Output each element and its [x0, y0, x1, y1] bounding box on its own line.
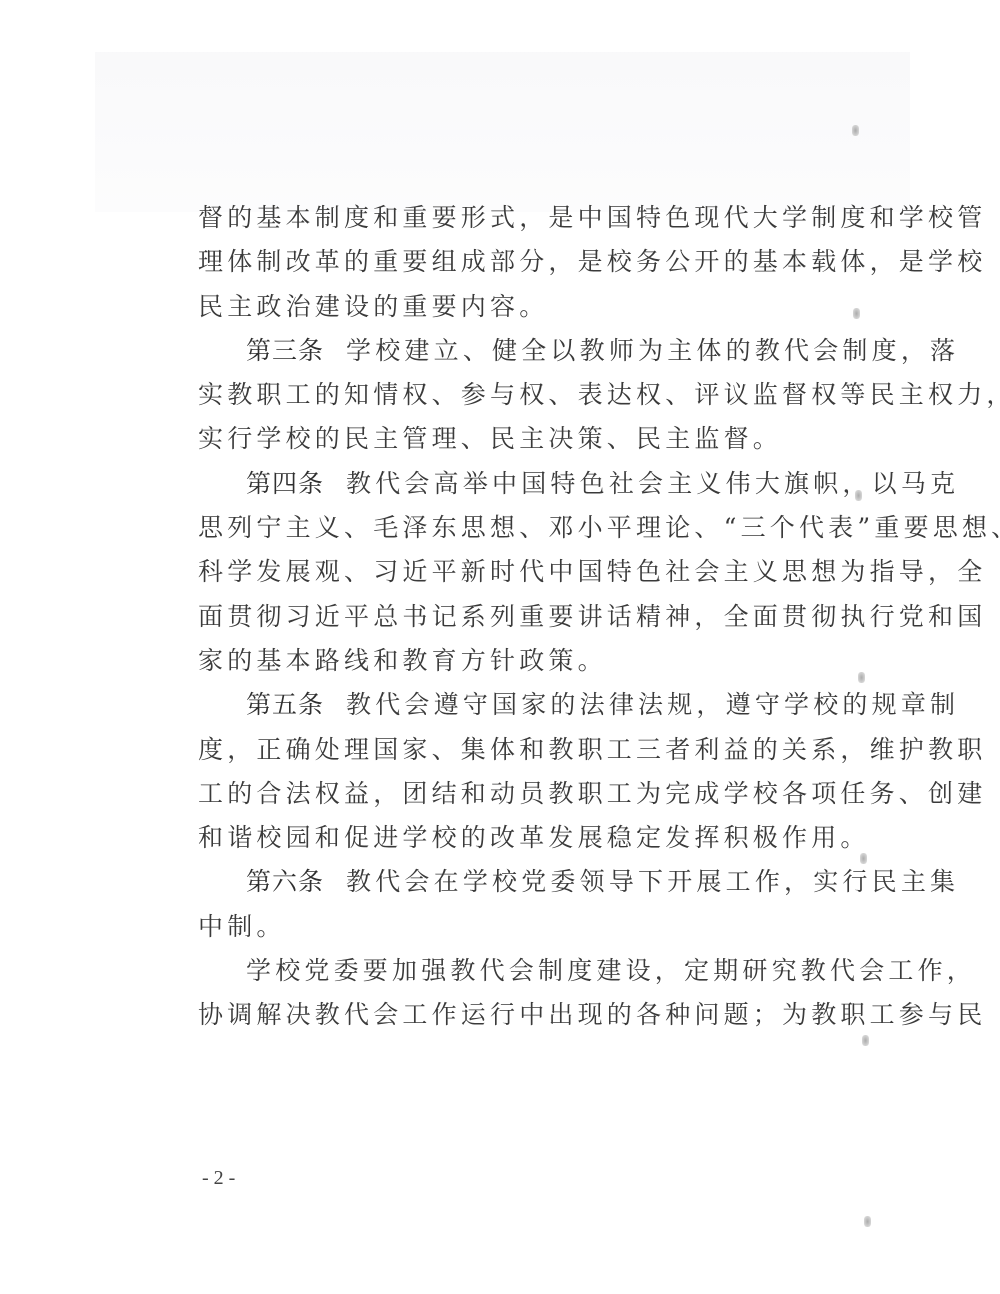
article-number: 第三条	[246, 336, 324, 365]
text-line: 第三条学校建立、健全以教师为主体的教代会制度，落	[198, 329, 808, 373]
text-line: 中制。	[198, 905, 808, 949]
text-line: 思列宁主义、毛泽东思想、邓小平理论、“三个代表”重要思想、	[198, 506, 808, 550]
article-number: 第五条	[246, 690, 324, 719]
scan-shadow	[95, 52, 910, 212]
binding-hole-mark-icon	[860, 853, 867, 864]
text-line: 协调解决教代会工作运行中出现的各种问题；为教职工参与民	[198, 993, 808, 1037]
article-3: 第三条学校建立、健全以教师为主体的教代会制度，落 实教职工的知情权、参与权、表达…	[198, 329, 808, 462]
text-line: 民主政治建设的重要内容。	[198, 285, 808, 329]
text-line: 和谐校园和促进学校的改革发展稳定发挥积极作用。	[198, 816, 808, 860]
text-line: 家的基本路线和教育方针政策。	[198, 639, 808, 683]
text-line: 度，正确处理国家、集体和教职工三者利益的关系，维护教职	[198, 728, 808, 772]
binding-hole-mark-icon	[862, 1035, 869, 1046]
text-line: 科学发展观、习近平新时代中国特色社会主义思想为指导，全	[198, 550, 808, 594]
text-line: 学校党委要加强教代会制度建设，定期研究教代会工作，	[198, 949, 808, 993]
article-6: 第六条教代会在学校党委领导下开展工作，实行民主集 中制。	[198, 860, 808, 949]
text-line: 实行学校的民主管理、民主决策、民主监督。	[198, 417, 808, 461]
text-span: 教代会高举中国特色社会主义伟大旗帜，以马克	[346, 469, 959, 498]
text-span: 学校建立、健全以教师为主体的教代会制度，落	[346, 336, 959, 365]
article-4: 第四条教代会高举中国特色社会主义伟大旗帜，以马克 思列宁主义、毛泽东思想、邓小平…	[198, 462, 808, 683]
text-line: 第五条教代会遵守国家的法律法规，遵守学校的规章制	[198, 683, 808, 727]
binding-hole-mark-icon	[852, 125, 859, 136]
text-line: 面贯彻习近平总书记系列重要讲话精神，全面贯彻执行党和国	[198, 595, 808, 639]
paragraph-continuation: 督的基本制度和重要形式，是中国特色现代大学制度和学校管 理体制改革的重要组成部分…	[198, 196, 808, 329]
text-line: 第六条教代会在学校党委领导下开展工作，实行民主集	[198, 860, 808, 904]
article-5: 第五条教代会遵守国家的法律法规，遵守学校的规章制 度，正确处理国家、集体和教职工…	[198, 683, 808, 860]
text-line: 理体制改革的重要组成部分，是校务公开的基本载体，是学校	[198, 240, 808, 284]
document-body: 督的基本制度和重要形式，是中国特色现代大学制度和学校管 理体制改革的重要组成部分…	[198, 196, 808, 1038]
text-span: 教代会遵守国家的法律法规，遵守学校的规章制	[346, 690, 959, 719]
binding-hole-mark-icon	[853, 308, 860, 319]
paragraph-party-committee: 学校党委要加强教代会制度建设，定期研究教代会工作， 协调解决教代会工作运行中出现…	[198, 949, 808, 1038]
page-number: - 2 -	[202, 1167, 235, 1190]
article-number: 第四条	[246, 469, 324, 498]
text-line: 工的合法权益，团结和动员教职工为完成学校各项任务、创建	[198, 772, 808, 816]
text-line: 实教职工的知情权、参与权、表达权、评议监督权等民主权力，	[198, 373, 808, 417]
text-line: 督的基本制度和重要形式，是中国特色现代大学制度和学校管	[198, 196, 808, 240]
binding-hole-mark-icon	[864, 1216, 871, 1227]
text-span: 教代会在学校党委领导下开展工作，实行民主集	[346, 867, 959, 896]
binding-hole-mark-icon	[858, 672, 865, 683]
article-number: 第六条	[246, 867, 324, 896]
binding-hole-mark-icon	[855, 490, 862, 501]
text-line: 第四条教代会高举中国特色社会主义伟大旗帜，以马克	[198, 462, 808, 506]
